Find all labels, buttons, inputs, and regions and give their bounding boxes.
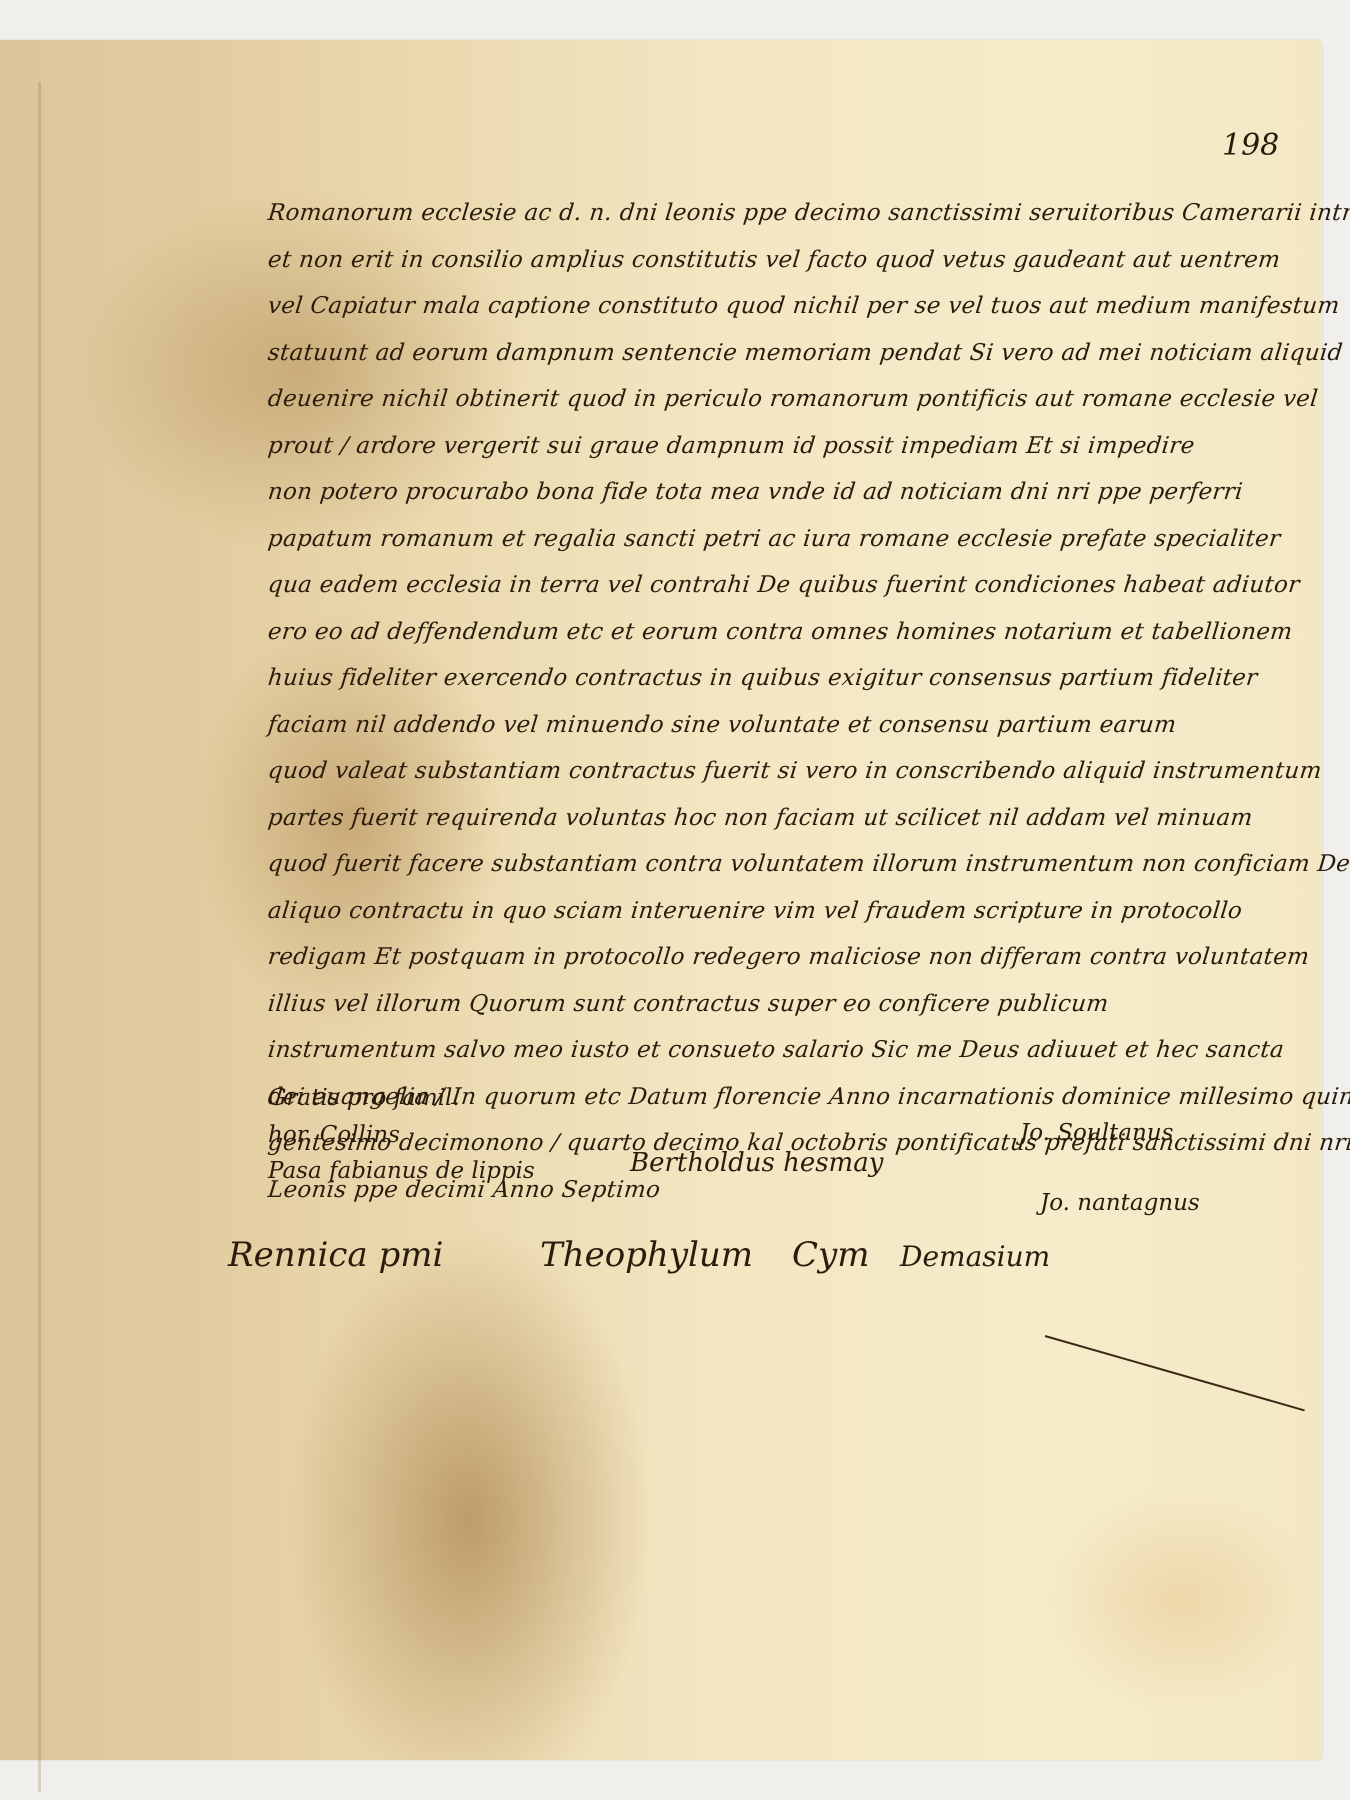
signature-gratis: Gratis pro famil. (268, 1085, 460, 1111)
text-line: vel Capiatur mala captione constituto qu… (266, 283, 1281, 330)
text-line: faciam nil addendo vel minuendo sine vol… (266, 702, 1281, 749)
text-line: deuenire nichil obtinerit quod in pericu… (266, 376, 1281, 423)
text-line: Romanorum ecclesie ac d. n. dni leonis p… (266, 190, 1281, 237)
text-line: redigam Et postquam in protocollo redege… (266, 934, 1281, 981)
text-line: quod valeat substantiam contractus fueri… (266, 748, 1281, 795)
text-line: prout / ardore vergerit sui graue dampnu… (266, 423, 1281, 470)
text-line: statuunt ad eorum dampnum sentencie memo… (266, 330, 1281, 377)
text-line: instrumentum salvo meo iusto et consueto… (266, 1027, 1281, 1074)
signature-collins: hor. Collins (268, 1122, 400, 1148)
signature-flourish-line (1045, 1335, 1305, 1411)
signature-theophylum: Theophylum (540, 1235, 753, 1275)
text-line: quod fuerit facere substantiam contra vo… (266, 841, 1281, 888)
body-text: Romanorum ecclesie ac d. n. dni leonis p… (268, 190, 1278, 1213)
text-line: qua eadem ecclesia in terra vel contrahi… (266, 562, 1281, 609)
text-line: partes fuerit requirenda voluntas hoc no… (266, 795, 1281, 842)
text-line: non potero procurabo bona fide tota mea … (266, 469, 1281, 516)
text-line: ero eo ad deffendendum etc et eorum cont… (266, 609, 1281, 656)
signature-nantagnus: Jo. nantagnus (1040, 1190, 1200, 1216)
signature-fabianus: Pasa fabianus de lippis (268, 1158, 535, 1184)
folio-number: 198 (1222, 128, 1279, 163)
text-line: aliquo contractu in quo sciam interuenir… (266, 888, 1281, 935)
manuscript-page: 198 Romanorum ecclesie ac d. n. dni leon… (0, 40, 1322, 1760)
text-line: illius vel illorum Quorum sunt contractu… (266, 981, 1281, 1028)
text-line: huius fideliter exercendo contractus in … (266, 655, 1281, 702)
signature-rennica: Rennica pmi (228, 1235, 443, 1275)
signature-demasium: Demasium (900, 1240, 1050, 1273)
page-fold-crease (38, 82, 41, 1792)
signature-soultanus: Jo. Soultanus (1020, 1120, 1173, 1146)
text-line: papatum romanum et regalia sancti petri … (266, 516, 1281, 563)
signature-cym: Cym (792, 1235, 869, 1275)
text-line: et non erit in consilio amplius constitu… (266, 237, 1281, 284)
signature-bertholdus: Bertholdus hesmay (630, 1148, 883, 1178)
